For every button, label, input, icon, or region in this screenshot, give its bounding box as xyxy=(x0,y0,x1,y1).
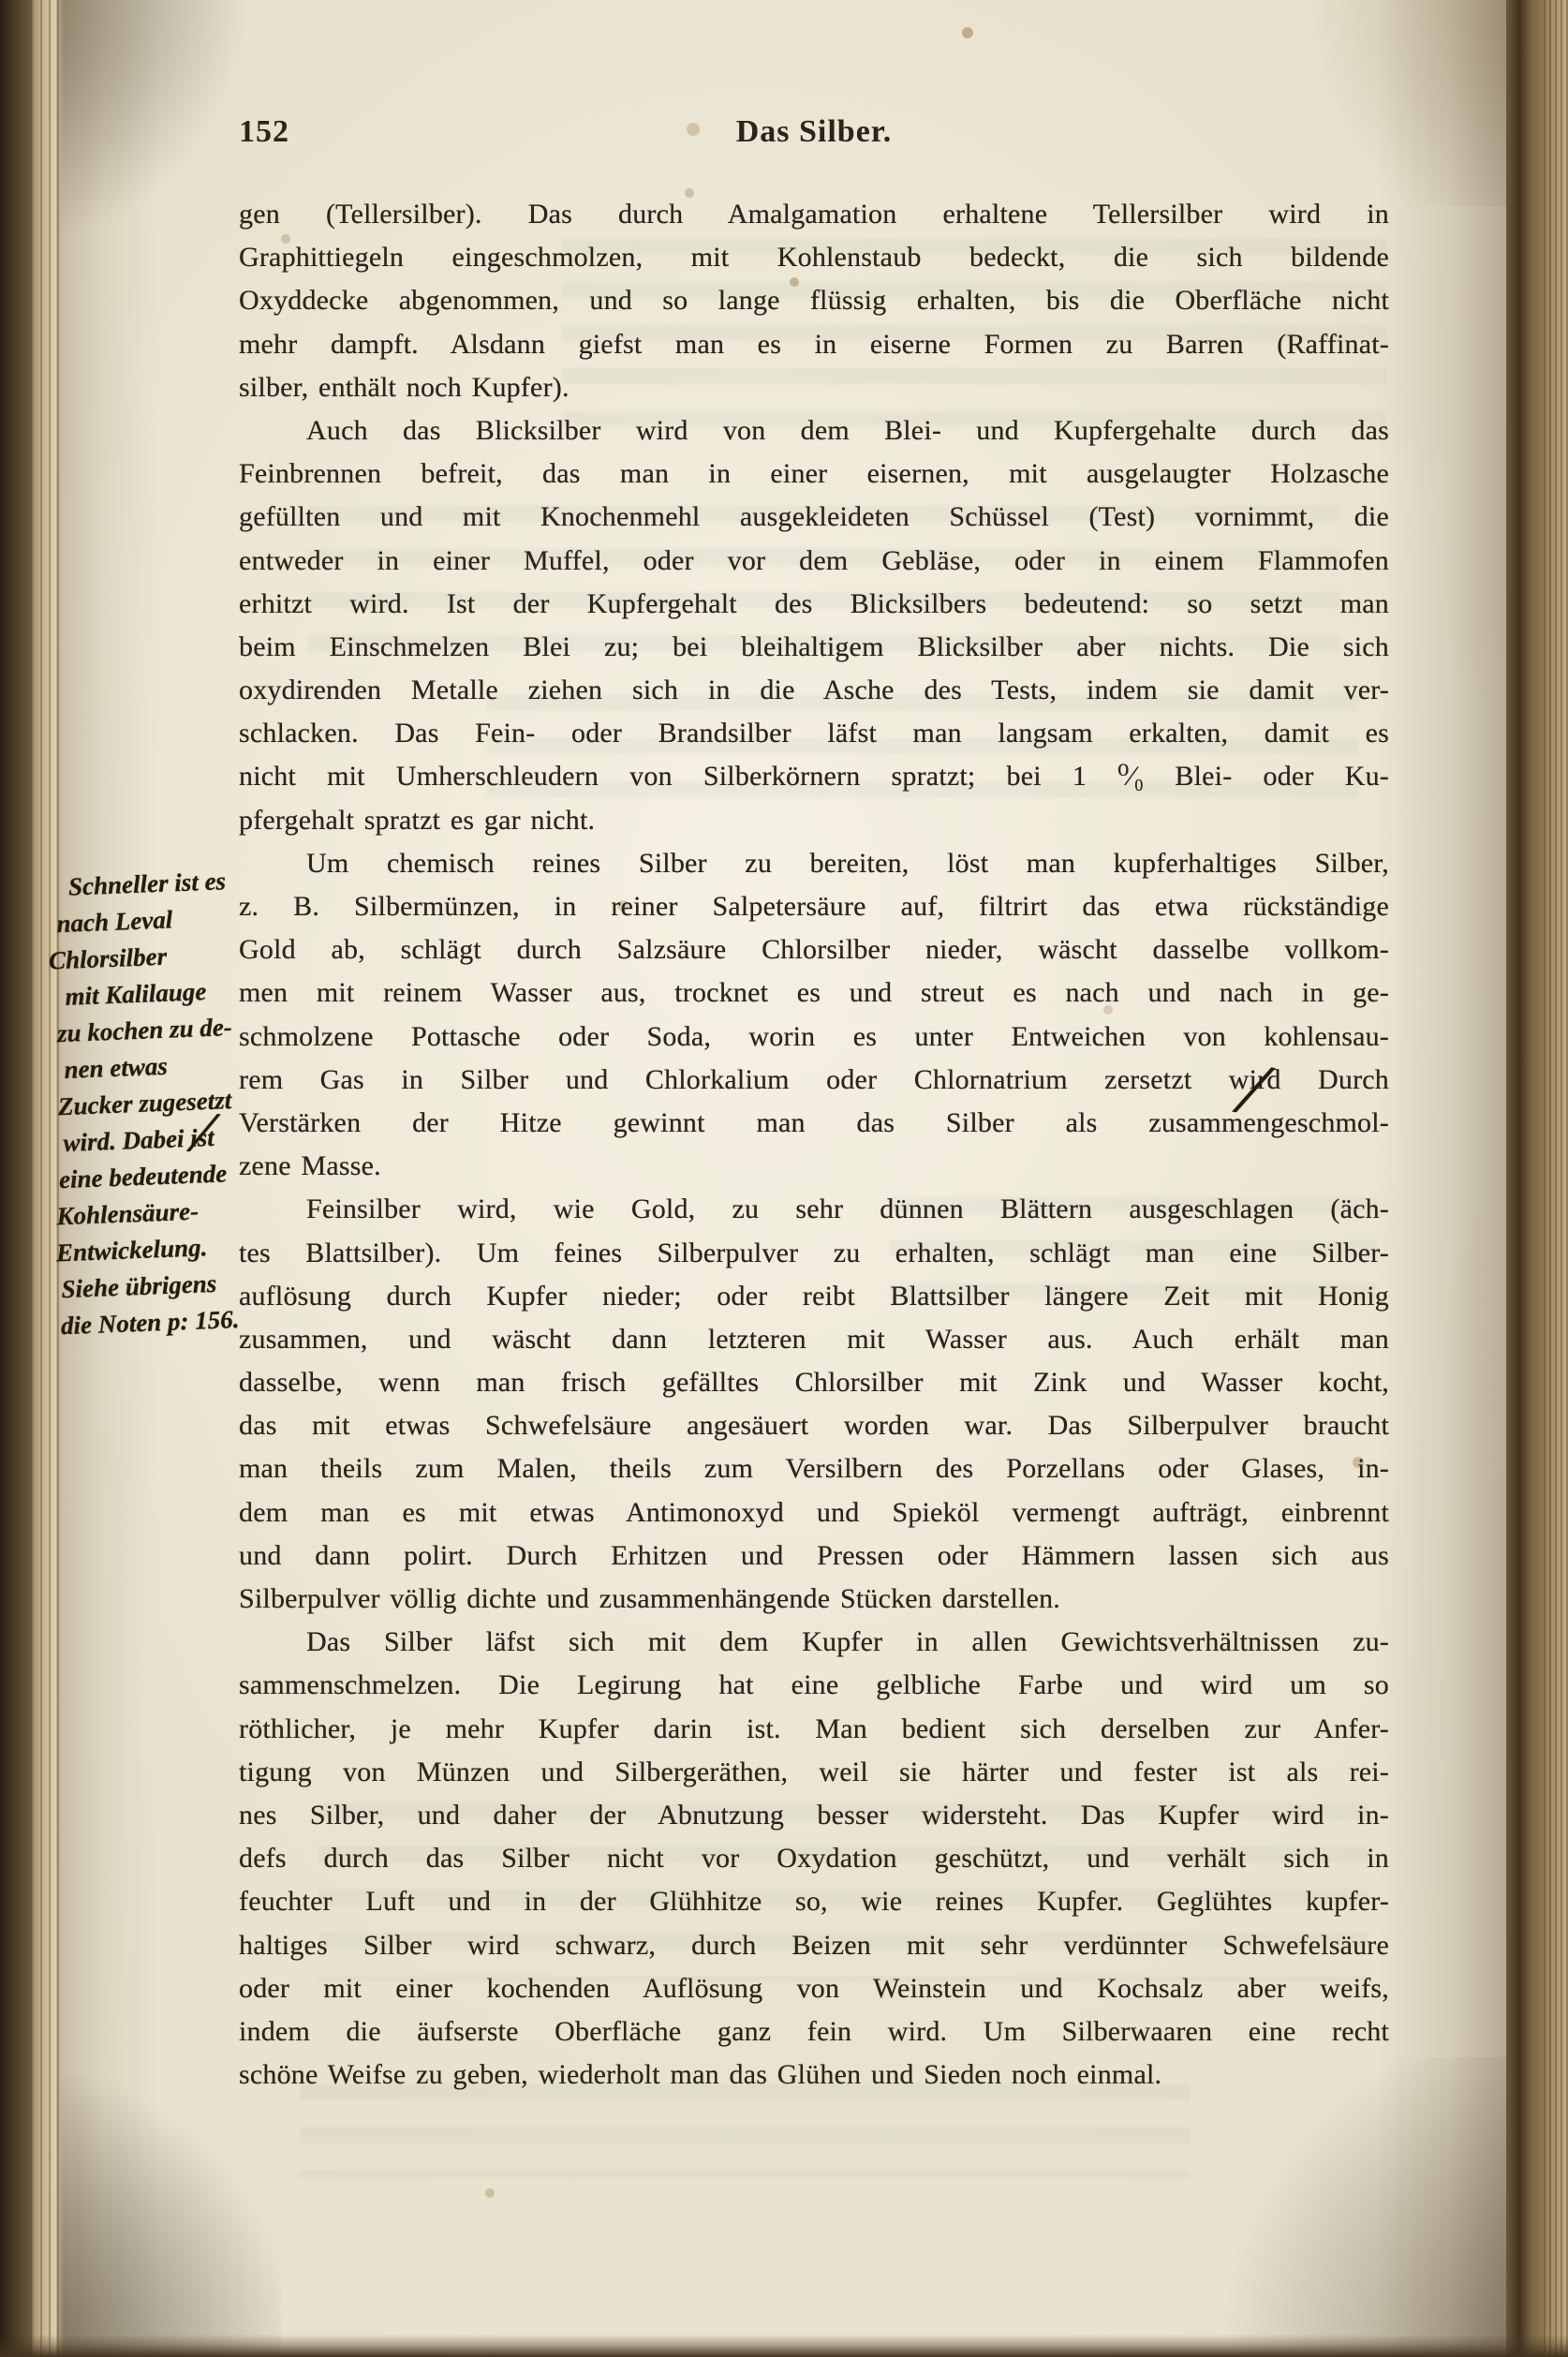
text-line: nicht mit Umherschleudern von Silberkörn… xyxy=(239,755,1389,798)
text-line: beim Einschmelzen Blei zu; bei bleihalti… xyxy=(239,626,1389,669)
running-header: 152 Das Silber. xyxy=(239,114,1389,157)
text-line: entweder in einer Muffel, oder vor dem G… xyxy=(239,540,1389,583)
text-line: rem Gas in Silber und Chlorkalium oder C… xyxy=(239,1059,1389,1102)
text-line: feuchter Luft und in der Glühhitze so, w… xyxy=(239,1880,1389,1923)
text-line: pfergehalt spratzt es gar nicht. xyxy=(239,799,1389,842)
text-line: Feinsilber wird, wie Gold, zu sehr dünne… xyxy=(239,1188,1389,1231)
page-fold-crease-right xyxy=(1506,0,1544,2357)
text-line: man theils zum Malen, theils zum Versilb… xyxy=(239,1447,1389,1490)
text-line: erhitzt wird. Ist der Kupfergehalt des B… xyxy=(239,583,1389,626)
text-line: Um chemisch reines Silber zu bereiten, l… xyxy=(239,842,1389,885)
page-curl-shadow-right xyxy=(1377,0,1508,2357)
text-line: indem die äufserste Oberfläche ganz fein… xyxy=(239,2010,1389,2053)
text-line: Silberpulver völlig dichte und zusammenh… xyxy=(239,1578,1389,1621)
text-line: schmolzene Pottasche oder Soda, worin es… xyxy=(239,1015,1389,1059)
text-line: röthlicher, je mehr Kupfer darin ist. Ma… xyxy=(239,1708,1389,1751)
book-page: 152 Das Silber. gen (Tellersilber). Das … xyxy=(0,0,1568,2357)
text-line: tigung von Münzen und Silbergeräthen, we… xyxy=(239,1751,1389,1794)
text-line: zusammen, und wäscht dann letzteren mit … xyxy=(239,1318,1389,1361)
text-line: dasselbe, wenn man frisch gefälltes Chlo… xyxy=(239,1361,1389,1404)
text-line: tes Blattsilber). Um feines Silberpulver… xyxy=(239,1232,1389,1275)
text-line: silber, enthält noch Kupfer). xyxy=(239,366,1389,409)
foxing-stains xyxy=(0,0,6,6)
text-line: gefüllten und mit Knochenmehl ausgekleid… xyxy=(239,496,1389,539)
text-line: Auch das Blicksilber wird von dem Blei- … xyxy=(239,409,1389,452)
text-line: Feinbrennen befreit, das man in einer ei… xyxy=(239,452,1389,496)
text-line: Gold ab, schlägt durch Salzsäure Chlorsi… xyxy=(239,928,1389,971)
text-line: gen (Tellersilber). Das durch Amalgamati… xyxy=(239,193,1389,236)
page-stack-edges-right xyxy=(1544,0,1568,2357)
bleed-through-text xyxy=(300,2084,1190,2178)
text-line: schöne Weifse zu geben, wiederholt man d… xyxy=(239,2053,1389,2097)
text-line: defs durch das Silber nicht vor Oxydatio… xyxy=(239,1837,1389,1880)
text-line: Graphittiegeln eingeschmolzen, mit Kohle… xyxy=(239,236,1389,279)
page-bottom-edge xyxy=(0,2335,1568,2357)
text-line: nes Silber, und daher der Abnutzung bess… xyxy=(239,1794,1389,1837)
text-line: dem man es mit etwas Antimonoxyd und Spi… xyxy=(239,1491,1389,1534)
text-line: zene Masse. xyxy=(239,1145,1389,1188)
page-title: Das Silber. xyxy=(239,114,1389,150)
body-text: gen (Tellersilber). Das durch Amalgamati… xyxy=(239,193,1389,2097)
text-line: oxydirenden Metalle ziehen sich in die A… xyxy=(239,669,1389,712)
text-line: sammenschmelzen. Die Legirung hat eine g… xyxy=(239,1664,1389,1707)
handwritten-margin-note: Schneller ist esnach LevalChlorsilbermit… xyxy=(39,862,282,1345)
text-line: Verstärken der Hitze gewinnt man das Sil… xyxy=(239,1102,1389,1145)
text-line: und dann polirt. Durch Erhitzen und Pres… xyxy=(239,1534,1389,1578)
text-line: haltiges Silber wird schwarz, durch Beiz… xyxy=(239,1924,1389,1967)
text-line: oder mit einer kochenden Auflösung von W… xyxy=(239,1967,1389,2010)
text-line: auflösung durch Kupfer nieder; oder reib… xyxy=(239,1275,1389,1318)
text-line: men mit reinem Wasser aus, trocknet es u… xyxy=(239,971,1389,1015)
text-line: Oxyddecke abgenommen, und so lange flüss… xyxy=(239,279,1389,322)
text-line: Das Silber läfst sich mit dem Kupfer in … xyxy=(239,1621,1389,1664)
text-line: mehr dampft. Alsdann giefst man es in ei… xyxy=(239,323,1389,366)
text-line: z. B. Silbermünzen, in reiner Salpetersä… xyxy=(239,885,1389,928)
text-line: das mit etwas Schwefelsäure angesäuert w… xyxy=(239,1404,1389,1447)
text-line: schlacken. Das Fein- oder Brandsilber lä… xyxy=(239,712,1389,755)
book-binding-edge-left xyxy=(0,0,32,2357)
